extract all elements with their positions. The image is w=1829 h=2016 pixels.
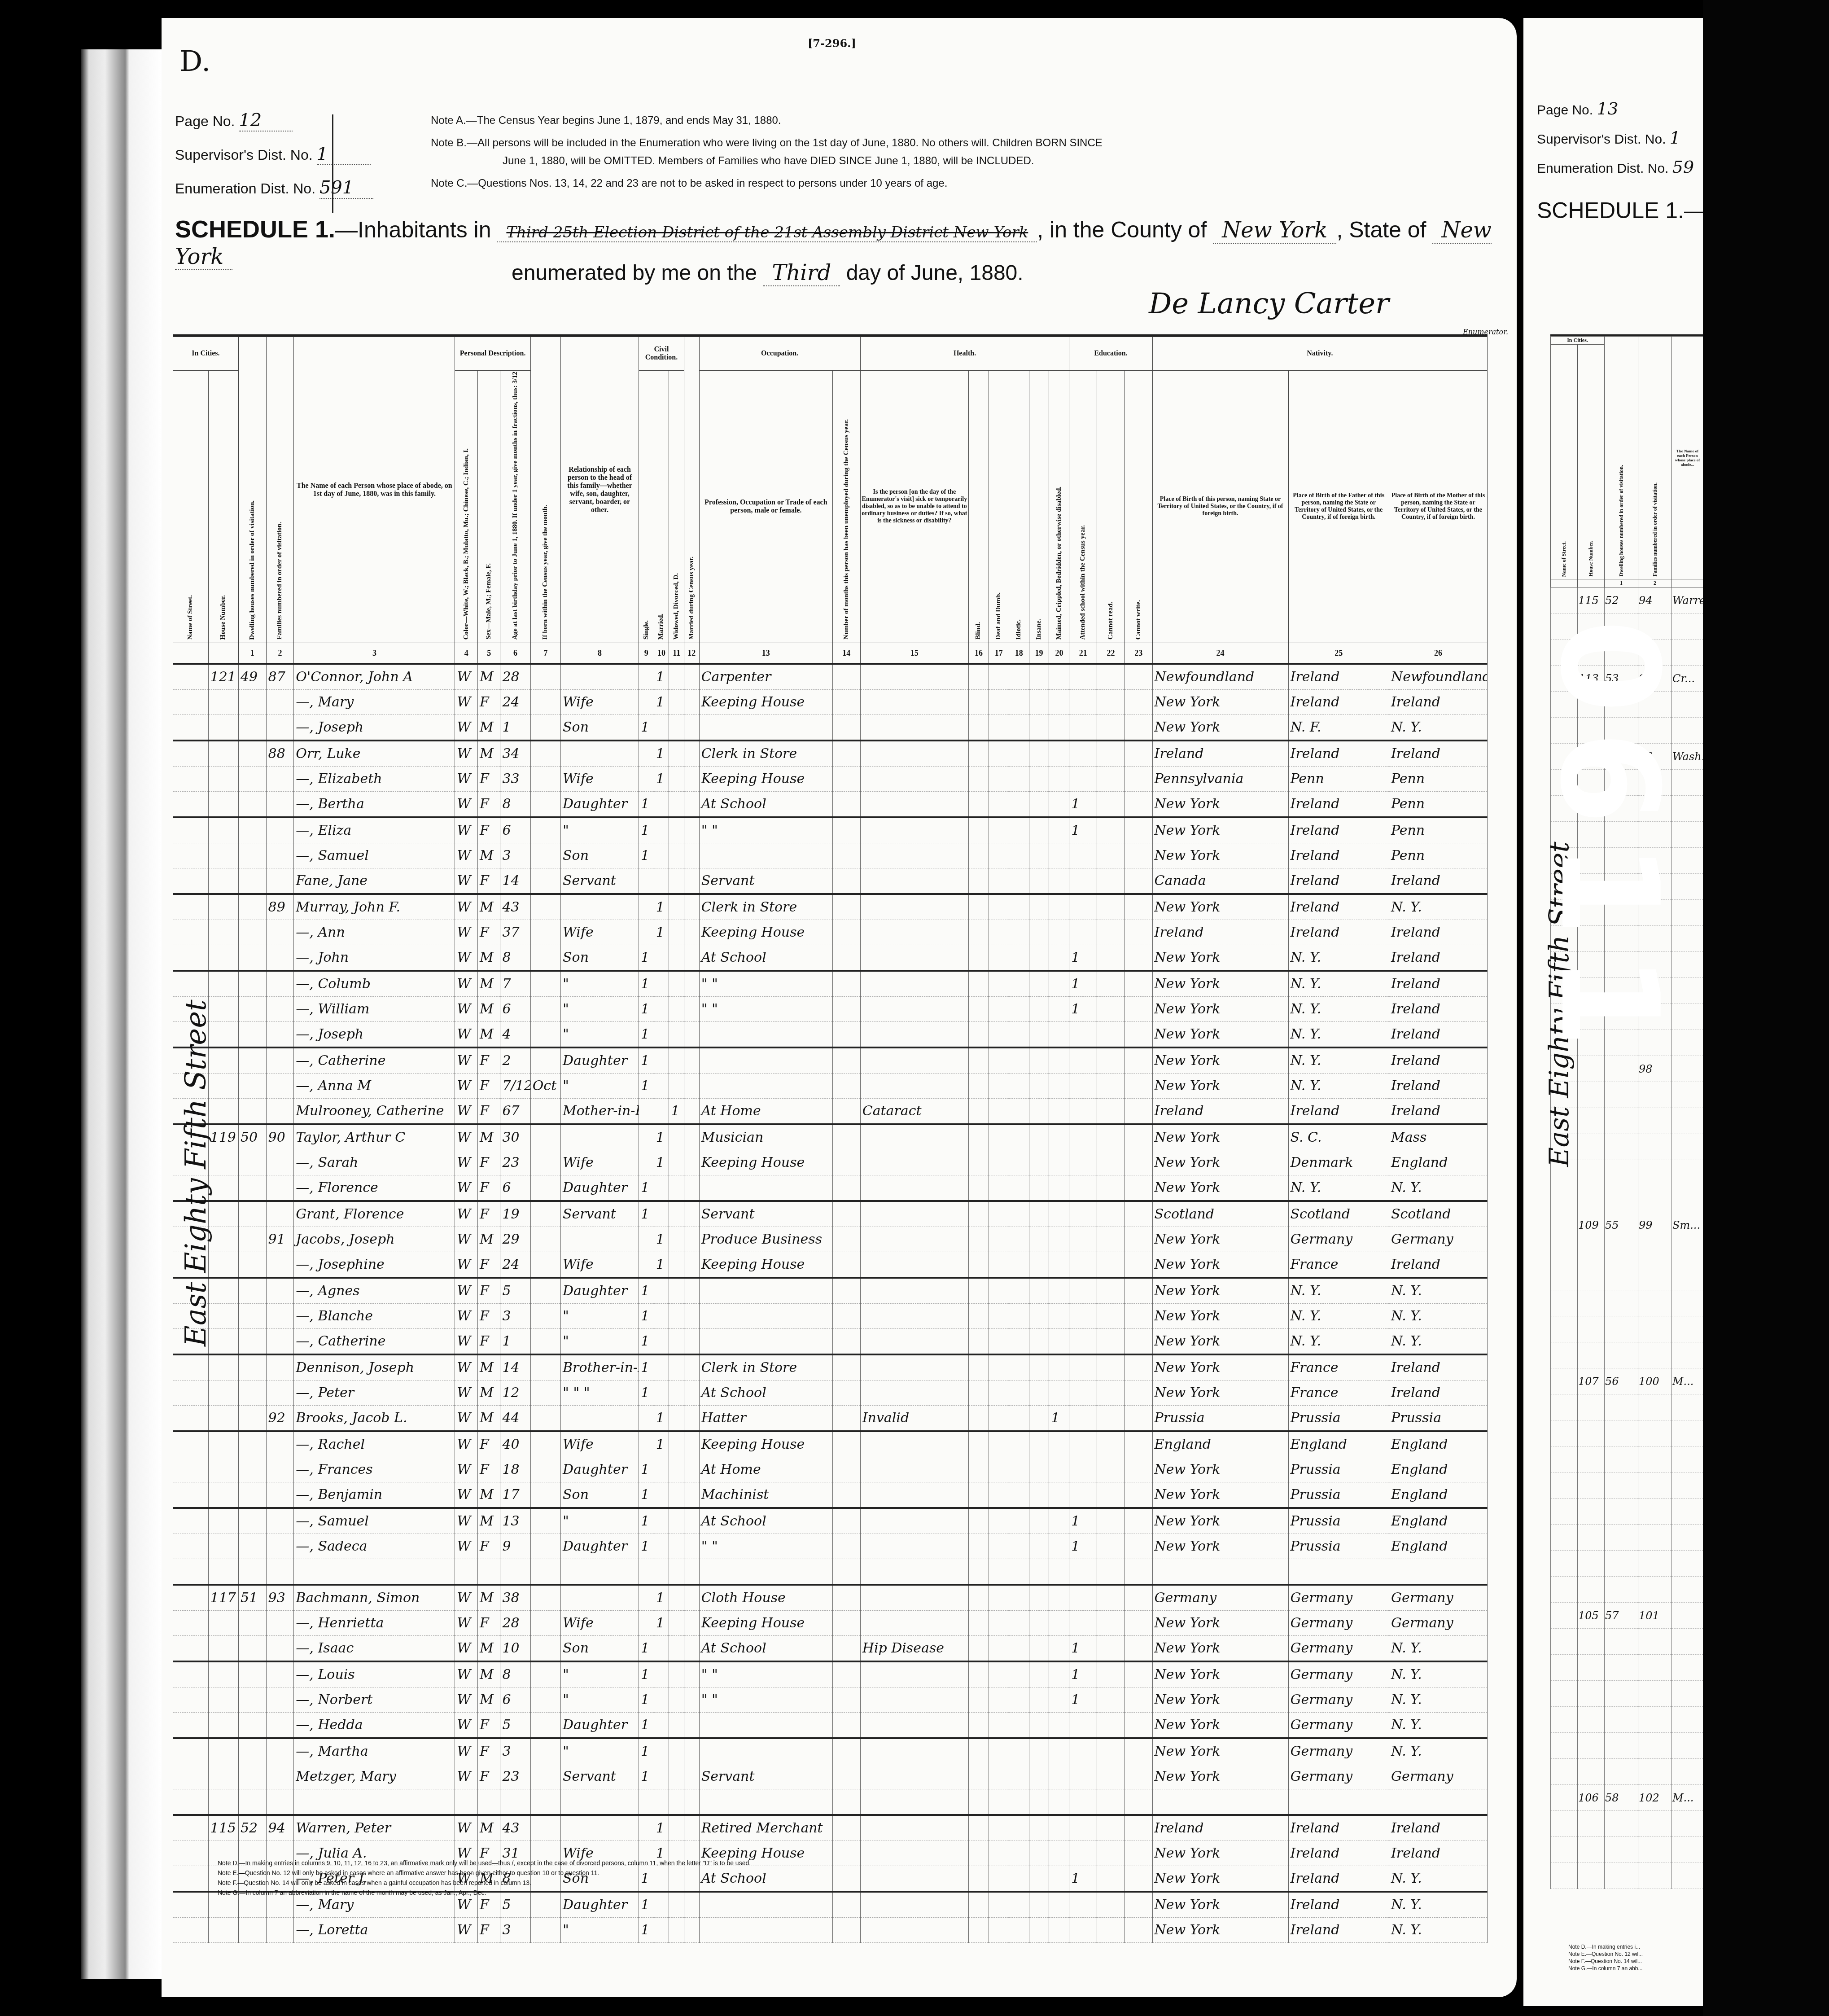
cell-single: 1 bbox=[639, 997, 654, 1022]
cell-school bbox=[1069, 1354, 1097, 1381]
cell-name: —, Hedda bbox=[294, 1713, 455, 1739]
cell-idiotic bbox=[1009, 1687, 1029, 1713]
cell-dwelling bbox=[238, 894, 266, 920]
cell-school bbox=[1069, 1227, 1097, 1252]
cell-color: W bbox=[455, 1278, 477, 1304]
cell-school: 1 bbox=[1069, 1636, 1097, 1662]
cell-month bbox=[530, 1611, 560, 1636]
cell-sickness bbox=[860, 1841, 968, 1866]
cell-color: W bbox=[455, 715, 477, 741]
cell-father-birthplace: Ireland bbox=[1288, 690, 1389, 715]
cell-insane bbox=[1029, 1764, 1049, 1789]
cell-family bbox=[266, 1534, 294, 1559]
cell-cannot-write bbox=[1125, 1764, 1152, 1789]
rp-cell-dwelling bbox=[1605, 1082, 1638, 1108]
cell-cannot-read bbox=[1097, 1764, 1125, 1789]
cell-married bbox=[654, 1175, 669, 1201]
cell-occupation bbox=[699, 1047, 832, 1074]
cell-married-year bbox=[684, 1175, 699, 1201]
census-row: —, JosephWM1Son1New YorkN. F.N. Y. bbox=[173, 715, 1488, 741]
cell-widowed bbox=[669, 1457, 684, 1482]
cell-maimed bbox=[1049, 1431, 1069, 1457]
cell-house bbox=[208, 1074, 238, 1099]
cell-deaf bbox=[989, 1304, 1009, 1329]
cell-widowed bbox=[669, 1738, 684, 1764]
cell-cannot-read bbox=[1097, 1636, 1125, 1662]
cell-color: W bbox=[455, 843, 477, 868]
rp-row: 10658102M... bbox=[1551, 1785, 1703, 1811]
cell-dwelling bbox=[238, 1687, 266, 1713]
cell-family: 87 bbox=[266, 664, 294, 690]
cell-cannot-write bbox=[1125, 1099, 1152, 1125]
cell-maimed bbox=[1049, 1150, 1069, 1175]
rp-cell-family bbox=[1638, 1811, 1672, 1837]
cell-mother-birthplace: Penn bbox=[1389, 792, 1487, 818]
cell-occupation bbox=[699, 1559, 832, 1585]
cell-occupation: Retired Merchant bbox=[699, 1815, 832, 1841]
cell-cannot-write bbox=[1125, 1482, 1152, 1508]
cell-married-year bbox=[684, 1508, 699, 1534]
cell-relation: Servant bbox=[561, 1764, 639, 1789]
cell-married-year bbox=[684, 843, 699, 868]
cell-unemployed bbox=[833, 1252, 861, 1278]
cell-name: —, Sadeca bbox=[294, 1534, 455, 1559]
cell-deaf bbox=[989, 1431, 1009, 1457]
cell-name bbox=[294, 1789, 455, 1815]
cell-relation: Brother-in-Law bbox=[561, 1354, 639, 1381]
cell-mother-birthplace: Ireland bbox=[1389, 920, 1487, 945]
cell-name: —, Sarah bbox=[294, 1150, 455, 1175]
cell-cannot-read bbox=[1097, 945, 1125, 971]
cell-widowed bbox=[669, 1304, 684, 1329]
cell-sickness bbox=[860, 1661, 968, 1687]
cell-widowed bbox=[669, 1534, 684, 1559]
cell-maimed bbox=[1049, 1636, 1069, 1662]
cell-color: W bbox=[455, 1585, 477, 1611]
cell-father-birthplace: Prussia bbox=[1288, 1534, 1389, 1559]
cell-birthplace: New York bbox=[1152, 1047, 1288, 1074]
cell-sex: F bbox=[477, 1764, 500, 1789]
cell-blind bbox=[968, 1482, 989, 1508]
cell-cannot-write bbox=[1125, 1841, 1152, 1866]
cell-maimed bbox=[1049, 1713, 1069, 1739]
cell-mother-birthplace bbox=[1389, 1559, 1487, 1585]
cell-cannot-read bbox=[1097, 1713, 1125, 1739]
cell-deaf bbox=[989, 741, 1009, 767]
cell-blind bbox=[968, 1559, 989, 1585]
cell-maimed bbox=[1049, 1918, 1069, 1943]
census-row: —, SamuelWM3Son1New YorkIrelandPenn bbox=[173, 843, 1488, 868]
cell-widowed bbox=[669, 971, 684, 997]
cell-name: Warren, Peter bbox=[294, 1815, 455, 1841]
rp-row bbox=[1551, 1264, 1703, 1290]
enumeration-district-field: Enumeration Dist. No. 591 bbox=[175, 177, 373, 199]
cell-single bbox=[639, 690, 654, 715]
cell-insane bbox=[1029, 1482, 1049, 1508]
cell-cannot-write bbox=[1125, 945, 1152, 971]
cell-relation: Daughter bbox=[561, 1047, 639, 1074]
cell-month bbox=[530, 1661, 560, 1687]
cell-father-birthplace: France bbox=[1288, 1252, 1389, 1278]
cell-family bbox=[266, 1099, 294, 1125]
census-row: —, Anna MWF7/12Oct"1New YorkN. Y.Ireland bbox=[173, 1074, 1488, 1099]
census-row: —, CatherineWF1"1New YorkN. Y.N. Y. bbox=[173, 1329, 1488, 1355]
cell-blind bbox=[968, 1918, 989, 1943]
cell-occupation: Machinist bbox=[699, 1482, 832, 1508]
cell-widowed bbox=[669, 1150, 684, 1175]
rp-cell-house bbox=[1578, 1446, 1605, 1473]
cell-dwelling bbox=[238, 1354, 266, 1381]
cell-dwelling bbox=[238, 1431, 266, 1457]
cell-married bbox=[654, 1789, 669, 1815]
rp-cell-family bbox=[1638, 1290, 1672, 1316]
cell-house: 117 bbox=[208, 1585, 238, 1611]
cell-widowed bbox=[669, 1815, 684, 1841]
cell-maimed bbox=[1049, 1764, 1069, 1789]
rp-cell-house bbox=[1578, 1186, 1605, 1212]
cell-idiotic bbox=[1009, 1175, 1029, 1201]
cell-father-birthplace: N. Y. bbox=[1288, 1278, 1389, 1304]
cell-cannot-write bbox=[1125, 1431, 1152, 1457]
cell-family bbox=[266, 792, 294, 818]
cell-father-birthplace: Ireland bbox=[1288, 792, 1389, 818]
cell-sex: M bbox=[477, 1406, 500, 1432]
cell-married-year bbox=[684, 868, 699, 894]
cell-age: 28 bbox=[500, 664, 530, 690]
cell-idiotic bbox=[1009, 1636, 1029, 1662]
cell-insane bbox=[1029, 741, 1049, 767]
cell-name: —, Blanche bbox=[294, 1304, 455, 1329]
cell-street bbox=[173, 843, 209, 868]
cell-insane bbox=[1029, 843, 1049, 868]
cell-mother-birthplace: N. Y. bbox=[1389, 1329, 1487, 1355]
cell-single bbox=[639, 1099, 654, 1125]
cell-unemployed bbox=[833, 1047, 861, 1074]
cell-mother-birthplace: England bbox=[1389, 1457, 1487, 1482]
cell-dwelling bbox=[238, 1175, 266, 1201]
cell-month bbox=[530, 1304, 560, 1329]
cell-color: W bbox=[455, 1815, 477, 1841]
cell-single bbox=[639, 894, 654, 920]
rp-cell-dwelling bbox=[1605, 1290, 1638, 1316]
cell-cannot-write bbox=[1125, 1124, 1152, 1150]
cell-mother-birthplace: N. Y. bbox=[1389, 715, 1487, 741]
cell-widowed bbox=[669, 792, 684, 818]
cell-maimed: 1 bbox=[1049, 1406, 1069, 1432]
cell-married bbox=[654, 1534, 669, 1559]
cell-insane bbox=[1029, 1124, 1049, 1150]
rp-cell-house bbox=[1578, 1837, 1605, 1863]
rp-cell-dwelling bbox=[1605, 1499, 1638, 1525]
cell-widowed bbox=[669, 868, 684, 894]
cell-widowed bbox=[669, 1713, 684, 1739]
cell-widowed bbox=[669, 1508, 684, 1534]
cell-mother-birthplace: Scotland bbox=[1389, 1201, 1487, 1227]
cell-occupation: Keeping House bbox=[699, 920, 832, 945]
cell-sickness bbox=[860, 1074, 968, 1099]
cell-married-year bbox=[684, 741, 699, 767]
cell-month bbox=[530, 1099, 560, 1125]
census-row: —, SarahWF23Wife1Keeping HouseNew YorkDe… bbox=[173, 1150, 1488, 1175]
cell-street bbox=[173, 817, 209, 843]
rp-row bbox=[1551, 1629, 1703, 1655]
census-row: —, LouisWM8"1" "1New YorkGermanyN. Y. bbox=[173, 1661, 1488, 1687]
cell-married: 1 bbox=[654, 1252, 669, 1278]
cell-unemployed bbox=[833, 767, 861, 792]
rp-row bbox=[1551, 1525, 1703, 1551]
cell-blind bbox=[968, 1150, 989, 1175]
cell-married-year bbox=[684, 1636, 699, 1662]
cell-house bbox=[208, 1457, 238, 1482]
header-dwelling: Dwelling houses numbered in order of vis… bbox=[238, 337, 266, 643]
cell-birthplace: New York bbox=[1152, 1278, 1288, 1304]
cell-married-year bbox=[684, 817, 699, 843]
cell-month bbox=[530, 920, 560, 945]
cell-house bbox=[208, 1559, 238, 1585]
rp-cell-name bbox=[1672, 1629, 1703, 1655]
cell-age: 24 bbox=[500, 690, 530, 715]
rp-cell-street bbox=[1551, 1759, 1578, 1785]
cell-unemployed bbox=[833, 843, 861, 868]
cell-blind bbox=[968, 715, 989, 741]
rp-cell-family bbox=[1638, 1551, 1672, 1577]
column-number: 23 bbox=[1125, 643, 1152, 664]
cell-age: 2 bbox=[500, 1047, 530, 1074]
rp-cell-name bbox=[1672, 1316, 1703, 1342]
rp-cell-name bbox=[1672, 1655, 1703, 1681]
cell-cannot-write bbox=[1125, 1687, 1152, 1713]
cell-occupation: Clerk in Store bbox=[699, 894, 832, 920]
rp-cell-street bbox=[1551, 1707, 1578, 1733]
cell-sickness bbox=[860, 1175, 968, 1201]
header-school: Attended school within the Census year. bbox=[1069, 371, 1097, 643]
cell-father-birthplace: Ireland bbox=[1288, 817, 1389, 843]
cell-father-birthplace: N. Y. bbox=[1288, 997, 1389, 1022]
cell-color: W bbox=[455, 1764, 477, 1789]
cell-married bbox=[654, 1636, 669, 1662]
cell-school bbox=[1069, 690, 1097, 715]
cell-dwelling bbox=[238, 1381, 266, 1406]
cell-month bbox=[530, 945, 560, 971]
rp-cell-name bbox=[1672, 1681, 1703, 1707]
cell-dwelling bbox=[238, 1252, 266, 1278]
cell-occupation: " " bbox=[699, 971, 832, 997]
cell-color: W bbox=[455, 1738, 477, 1764]
cell-idiotic bbox=[1009, 817, 1029, 843]
cell-month bbox=[530, 690, 560, 715]
cell-dwelling bbox=[238, 1713, 266, 1739]
cell-school bbox=[1069, 1841, 1097, 1866]
cell-name: —, Loretta bbox=[294, 1918, 455, 1943]
rp-header-street: Name of Street. bbox=[1551, 345, 1578, 579]
cell-deaf bbox=[989, 1892, 1009, 1918]
cell-name: —, Elizabeth bbox=[294, 767, 455, 792]
cell-sex: M bbox=[477, 1585, 500, 1611]
census-row: Fane, JaneWF14ServantServantCanadaIrelan… bbox=[173, 868, 1488, 894]
cell-school bbox=[1069, 1482, 1097, 1508]
cell-dwelling bbox=[238, 1304, 266, 1329]
cell-single: 1 bbox=[639, 1047, 654, 1074]
cell-age: 8 bbox=[500, 792, 530, 818]
cell-age: 14 bbox=[500, 1354, 530, 1381]
cell-sickness bbox=[860, 1559, 968, 1585]
cell-family bbox=[266, 971, 294, 997]
cell-street bbox=[173, 1559, 209, 1585]
cell-insane bbox=[1029, 1227, 1049, 1252]
rp-cell-name bbox=[1672, 1733, 1703, 1759]
census-row: —, HeddaWF5Daughter1New YorkGermanyN. Y. bbox=[173, 1713, 1488, 1739]
cell-maimed bbox=[1049, 1099, 1069, 1125]
cell-maimed bbox=[1049, 1611, 1069, 1636]
cell-name: Grant, Florence bbox=[294, 1201, 455, 1227]
census-row: 89Murray, John F.WM431Clerk in StoreNew … bbox=[173, 894, 1488, 920]
cell-mother-birthplace: Penn bbox=[1389, 817, 1487, 843]
cell-maimed bbox=[1049, 1278, 1069, 1304]
cell-sex: F bbox=[477, 1457, 500, 1482]
cell-name: —, Josephine bbox=[294, 1252, 455, 1278]
cell-birthplace: New York bbox=[1152, 1175, 1288, 1201]
cell-school: 1 bbox=[1069, 817, 1097, 843]
cell-street bbox=[173, 894, 209, 920]
cell-married-year bbox=[684, 1047, 699, 1074]
cell-age: 6 bbox=[500, 1175, 530, 1201]
cell-sex: F bbox=[477, 1304, 500, 1329]
cell-relation: Wife bbox=[561, 690, 639, 715]
cell-cannot-write bbox=[1125, 1227, 1152, 1252]
cell-sex: M bbox=[477, 1687, 500, 1713]
cell-house bbox=[208, 1354, 238, 1381]
cell-married-year bbox=[684, 1585, 699, 1611]
cell-dwelling bbox=[238, 1099, 266, 1125]
cell-color: W bbox=[455, 894, 477, 920]
cell-father-birthplace: Germany bbox=[1288, 1738, 1389, 1764]
rp-cell-family bbox=[1638, 1446, 1672, 1473]
cell-widowed bbox=[669, 1354, 684, 1381]
cell-mother-birthplace: Germany bbox=[1389, 1227, 1487, 1252]
rp-cell-dwelling bbox=[1605, 1759, 1638, 1785]
rp-cell-street bbox=[1551, 1655, 1578, 1681]
rp-cell-name bbox=[1672, 1603, 1703, 1629]
cell-mother-birthplace: N. Y. bbox=[1389, 894, 1487, 920]
cell-age: 6 bbox=[500, 1687, 530, 1713]
cell-idiotic bbox=[1009, 1354, 1029, 1381]
cell-birthplace: Canada bbox=[1152, 868, 1288, 894]
cell-single bbox=[639, 1815, 654, 1841]
cell-single bbox=[639, 1585, 654, 1611]
cell-school bbox=[1069, 1431, 1097, 1457]
cell-sickness bbox=[860, 945, 968, 971]
cell-married bbox=[654, 1329, 669, 1355]
rp-cell-name bbox=[1672, 1264, 1703, 1290]
cell-mother-birthplace: Penn bbox=[1389, 843, 1487, 868]
cell-birthplace: New York bbox=[1152, 1661, 1288, 1687]
census-row: —, NorbertWM6"1" "1New YorkGermanyN. Y. bbox=[173, 1687, 1488, 1713]
cell-single: 1 bbox=[639, 843, 654, 868]
cell-cannot-write bbox=[1125, 1892, 1152, 1918]
rp-cell-family bbox=[1638, 1264, 1672, 1290]
cell-cannot-read bbox=[1097, 1508, 1125, 1534]
cell-family bbox=[266, 817, 294, 843]
cell-widowed bbox=[669, 894, 684, 920]
cell-occupation bbox=[699, 1175, 832, 1201]
cell-married: 1 bbox=[654, 1585, 669, 1611]
rp-cell-family bbox=[1638, 1655, 1672, 1681]
cell-family bbox=[266, 843, 294, 868]
census-row: 1155294Warren, PeterWM431Retired Merchan… bbox=[173, 1815, 1488, 1841]
rp-cell-family bbox=[1638, 1525, 1672, 1551]
cell-family bbox=[266, 1381, 294, 1406]
cell-married-year bbox=[684, 1482, 699, 1508]
cell-dwelling bbox=[238, 792, 266, 818]
cell-married-year bbox=[684, 1099, 699, 1125]
census-row: 1214987O'Connor, John AWM281CarpenterNew… bbox=[173, 664, 1488, 690]
cell-street bbox=[173, 715, 209, 741]
cell-unemployed bbox=[833, 920, 861, 945]
rp-row bbox=[1551, 1342, 1703, 1368]
cell-dwelling bbox=[238, 843, 266, 868]
column-number: 11 bbox=[669, 643, 684, 664]
cell-month bbox=[530, 1815, 560, 1841]
rp-cell-family bbox=[1638, 1733, 1672, 1759]
cell-month bbox=[530, 741, 560, 767]
cell-occupation bbox=[699, 1278, 832, 1304]
cell-cannot-read bbox=[1097, 1124, 1125, 1150]
rp-cell-name bbox=[1672, 1577, 1703, 1603]
cell-maimed bbox=[1049, 1201, 1069, 1227]
cell-insane bbox=[1029, 920, 1049, 945]
cell-occupation bbox=[699, 843, 832, 868]
cell-idiotic bbox=[1009, 715, 1029, 741]
cell-month bbox=[530, 1278, 560, 1304]
district-name: Third 25th Election District of the 21st… bbox=[497, 224, 1037, 242]
cell-single bbox=[639, 1124, 654, 1150]
cell-mother-birthplace: Ireland bbox=[1389, 1354, 1487, 1381]
rp-cell-dwelling bbox=[1605, 1551, 1638, 1577]
cell-unemployed bbox=[833, 1124, 861, 1150]
cell-insane bbox=[1029, 1508, 1049, 1534]
header-family: Families numbered in order of visitation… bbox=[266, 337, 294, 643]
cell-school bbox=[1069, 1278, 1097, 1304]
cell-mother-birthplace: N. Y. bbox=[1389, 1738, 1487, 1764]
cell-house bbox=[208, 945, 238, 971]
cell-married-year bbox=[684, 1815, 699, 1841]
cell-cannot-read bbox=[1097, 1815, 1125, 1841]
cell-school bbox=[1069, 1252, 1097, 1278]
cell-sex: M bbox=[477, 1636, 500, 1662]
rp-cell-family bbox=[1638, 1394, 1672, 1420]
cell-sickness bbox=[860, 1381, 968, 1406]
cell-age: 19 bbox=[500, 1201, 530, 1227]
cell-mother-birthplace: N. Y. bbox=[1389, 1866, 1487, 1892]
cell-deaf bbox=[989, 843, 1009, 868]
cell-blind bbox=[968, 1585, 989, 1611]
cell-deaf bbox=[989, 1074, 1009, 1099]
header-mother-birthplace: Place of Birth of the Mother of this per… bbox=[1389, 371, 1487, 643]
cell-married bbox=[654, 792, 669, 818]
cell-blind bbox=[968, 1661, 989, 1687]
cell-school bbox=[1069, 1406, 1097, 1432]
cell-age: 18 bbox=[500, 1457, 530, 1482]
cell-relation: Wife bbox=[561, 1611, 639, 1636]
cell-widowed bbox=[669, 1661, 684, 1687]
cell-married: 1 bbox=[654, 1431, 669, 1457]
cell-dwelling bbox=[238, 817, 266, 843]
rp-cell-house bbox=[1578, 1473, 1605, 1499]
cell-family bbox=[266, 1252, 294, 1278]
cell-family: 90 bbox=[266, 1124, 294, 1150]
header-cannot-write: Cannot write. bbox=[1125, 371, 1152, 643]
cell-married bbox=[654, 1713, 669, 1739]
